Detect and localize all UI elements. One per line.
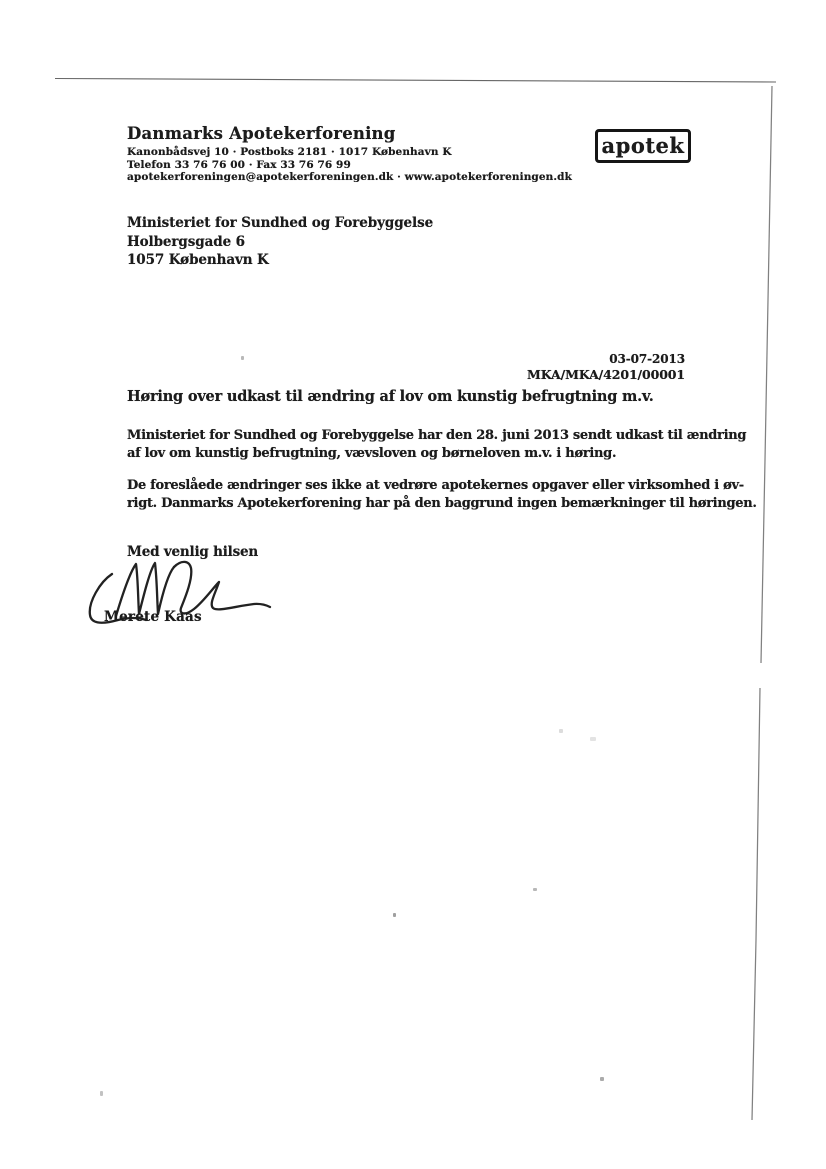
scan-speck: [533, 888, 537, 891]
right-edge-scan-line: [752, 86, 772, 1120]
scan-speck: [100, 1091, 103, 1096]
paragraph-2: De foreslåede ændringer ses ikke at vedr…: [127, 477, 757, 512]
paragraph-2-line-2: rigt. Danmarks Apotekerforening har på d…: [127, 495, 757, 513]
scan-speck: [393, 913, 396, 917]
apotek-logo: apotek: [595, 129, 691, 163]
letterhead: Danmarks Apotekerforening Kanonbådsvej 1…: [127, 124, 572, 184]
org-address: Kanonbådsvej 10 · Postboks 2181 · 1017 K…: [127, 146, 572, 159]
signer-name: Merete Kaas: [104, 609, 202, 625]
apotek-logo-text: apotek: [602, 135, 685, 158]
org-phone-fax: Telefon 33 76 76 00 · Fax 33 76 76 99: [127, 159, 572, 172]
scan-speck: [559, 729, 563, 733]
recipient-address: Ministeriet for Sundhed og Forebyggelse …: [127, 214, 433, 270]
org-email-web: apotekerforeningen@apotekerforeningen.dk…: [127, 171, 572, 184]
scan-speck: [590, 737, 596, 741]
paragraph-1-line-1: Ministeriet for Sundhed og Forebyggelse …: [127, 427, 746, 445]
scan-speck: [241, 356, 244, 360]
subject-line: Høring over udkast til ændring af lov om…: [127, 388, 654, 405]
top-rule-line: [55, 79, 776, 83]
signature-loop-tail: [174, 562, 270, 614]
scan-speck: [600, 1077, 604, 1081]
paragraph-1-line-2: af lov om kunstig befrugtning, vævsloven…: [127, 445, 746, 463]
paragraph-1: Ministeriet for Sundhed og Forebyggelse …: [127, 427, 746, 462]
recipient-line: 1057 København K: [127, 251, 433, 270]
scanned-letter-page: Danmarks Apotekerforening Kanonbådsvej 1…: [0, 0, 826, 1169]
letter-date: 03-07-2013: [380, 352, 685, 367]
journal-reference: MKA/MKA/4201/00001: [380, 367, 685, 383]
recipient-line: Holbergsgade 6: [127, 233, 433, 252]
paragraph-2-line-1: De foreslåede ændringer ses ikke at vedr…: [127, 477, 757, 495]
recipient-line: Ministeriet for Sundhed og Forebyggelse: [127, 214, 433, 233]
letter-meta: 03-07-2013 MKA/MKA/4201/00001: [380, 352, 685, 383]
org-name: Danmarks Apotekerforening: [127, 124, 572, 143]
